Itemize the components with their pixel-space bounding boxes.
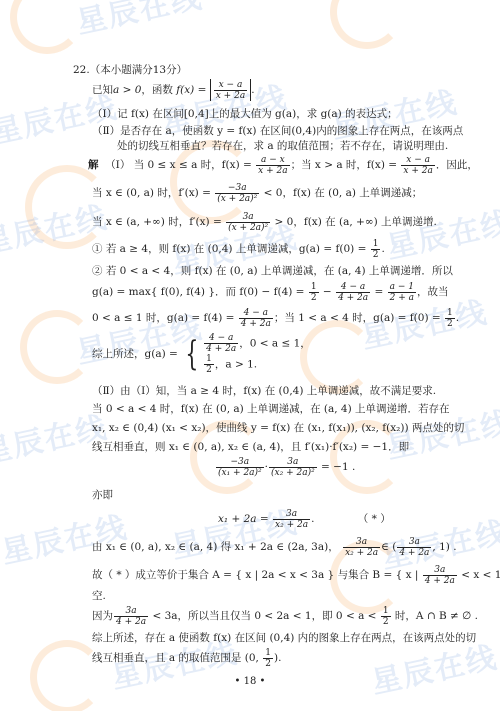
fraction: 12: [445, 308, 455, 329]
text: 因为: [92, 610, 113, 622]
solution2-line: 综上所述，存在 a 使函数 f(x) 在区间 (0,4) 内的图象上存在两点，在…: [92, 631, 476, 645]
numerator: 1: [445, 308, 455, 319]
problem-number: 22.: [73, 64, 90, 76]
fraction: x − ax + 2a: [401, 155, 434, 176]
numerator: x − a: [401, 155, 434, 166]
equation-1: −3a(x₁ + 2a)²·3a(x₂ + 2a)² = −1 .: [215, 454, 355, 480]
denominator: 2: [445, 319, 455, 329]
fraction: 12: [309, 282, 319, 303]
problem-part-2: （Ⅱ）是否存在 a，使函数 y = f(x) 在区间(0,4)内的图象上存在两点…: [92, 124, 463, 138]
denominator: 2 + a: [388, 293, 416, 303]
solution-case-2: ② 若 0 < a < 4，则 f(x) 在 (0, a) 上单调递减，在 (a…: [92, 264, 453, 278]
fraction: −3a(x + 2a)²: [215, 183, 259, 204]
fraction: 3a4 + 2a: [114, 606, 148, 627]
text: ，故当: [417, 286, 449, 298]
solution2-line: 当 0 < a < 4 时，f(x) 在 (0, a) 上单调递减，在 (a, …: [92, 402, 450, 416]
denominator: 4 + 2a: [423, 576, 457, 586]
solution2-line: x₁, x₂ ∈ (0,4) (x₁ < x₂)，使曲线 y = f(x) 在 …: [92, 421, 464, 435]
fraction: 3a4 + 2a: [397, 537, 431, 558]
solution2-line: 因为3a4 + 2a < 3a，所以当且仅当 0 < 2a < 1，即 0 < …: [92, 603, 478, 629]
denominator: x + 2a: [214, 91, 247, 101]
problem-part-1: （Ⅰ）记 f(x) 在区间[0,4]上的最大值为 g(a)，求 g(a) 的表达…: [92, 107, 398, 121]
part-label: （Ⅰ）: [92, 108, 117, 120]
fraction: −3a(x₁ + 2a)²: [216, 457, 264, 478]
denominator: 2: [309, 293, 319, 303]
denominator: 4 + 2a: [204, 344, 238, 354]
numerator: 4 − a: [239, 308, 273, 319]
text: .: [251, 84, 254, 96]
part-text: 处的切线互相垂直？若存在，求 a 的取值范围；若不存在，请说明理由.: [117, 140, 448, 152]
text: 时，A ∩ B ≠ ∅ .: [395, 610, 478, 622]
numerator: 1: [204, 354, 214, 365]
solution2-line: 线互相垂直，且 a 的取值范围是 (0, 12).: [92, 646, 281, 670]
text: x₁, x₂ ∈ (0,4) (x₁ < x₂)，使曲线 y = f(x) 在 …: [92, 422, 464, 434]
numerator: 4 − a: [204, 333, 238, 344]
solution-summary: 综上所述，g(a) = { 4 − a4 + 2a，0 < a ≤ 1， 12，…: [92, 330, 311, 378]
numerator: a − x: [256, 155, 289, 166]
fraction: 3a(x + 2a)²: [226, 212, 270, 233]
text: （Ⅱ）由（Ⅰ）知，当 a ≥ 4 时，f(x) 在 (0,4) 上单调递减，故不…: [92, 385, 436, 397]
text: 空.: [92, 590, 106, 602]
math: a > 0: [113, 84, 141, 96]
solution2-line: 故（ * ）成立等价于集合 A = { x | 2a < x < 3a } 与集…: [92, 562, 500, 588]
text: .: [456, 312, 459, 324]
fraction: 4 − a4 + 2a: [204, 333, 238, 354]
denominator: x + 2a: [401, 166, 434, 176]
numerator: a − 1: [388, 282, 416, 293]
text: .: [311, 513, 314, 525]
part-label: （Ⅰ）: [105, 159, 130, 171]
text: g(a) = max{ f(0), f(4) }．而 f(0) − f(4) =: [92, 286, 304, 298]
text: 当 x ∈ (0, a) 时，f′(x) =: [92, 187, 211, 199]
condition: ，a > 1.: [215, 359, 257, 371]
denominator: 2: [263, 659, 273, 669]
text: 综上所述，g(a) =: [92, 348, 178, 360]
part-text: 是否存在 a，使函数 y = f(x) 在区间(0,4)内的图象上存在两点，在该…: [120, 125, 463, 137]
text: 线互相垂直，则 x₁ ∈ (0, a), x₂ ∈ (a, 4)，且 f′(x₁…: [92, 441, 409, 453]
fraction: 4 − a4 + 2a: [239, 308, 273, 329]
denominator: x + 2a: [256, 166, 289, 176]
case-row: 4 − a4 + 2a，0 < a ≤ 1，: [203, 333, 311, 354]
numerator: −3a: [215, 183, 259, 194]
numerator: 4 − a: [336, 282, 370, 293]
fraction: 3a4 + 2a: [423, 565, 457, 586]
text: ；当 1 < a < 4 时，g(a) = f(0) =: [274, 312, 441, 324]
problem-part-2-cont: 处的切线互相垂直？若存在，求 a 的取值范围；若不存在，请说明理由.: [117, 139, 448, 153]
solution2-line: 亦即: [92, 488, 113, 502]
math: f(x) =: [176, 84, 206, 96]
numerator: 1: [371, 239, 381, 250]
brace-icon: {: [185, 337, 198, 371]
denominator: 2: [381, 617, 391, 627]
numerator: 3a: [269, 457, 317, 468]
denominator: 2: [204, 365, 214, 375]
numerator: 3a: [114, 606, 148, 617]
text: 当 0 < a < 4 时，f(x) 在 (0, a) 上单调递减，在 (a, …: [92, 403, 450, 415]
numerator: −3a: [216, 457, 264, 468]
text: < x < 1 } 的交集非: [461, 569, 500, 581]
numerator: 1: [263, 648, 273, 659]
denominator: 4 + 2a: [239, 319, 273, 329]
fraction: 12: [204, 354, 214, 375]
solution-line: 解 （Ⅰ） 当 0 ≤ x ≤ a 时，f(x) = a − xx + 2a；当…: [88, 153, 478, 177]
numerator: x − a: [214, 80, 247, 91]
equation-2: x₁ + 2a = 3ax₂ + 2a. （ * ）: [218, 506, 391, 532]
fraction: 3a(x₂ + 2a)²: [269, 457, 317, 478]
fraction: 12: [263, 648, 273, 669]
denominator: (x₂ + 2a)²: [269, 468, 317, 478]
absolute-value: x − ax + 2a: [210, 79, 251, 101]
denominator: (x₁ + 2a)²: [216, 468, 264, 478]
equation-tag: （ * ）: [358, 513, 391, 525]
fraction: 3ax₂ + 2a: [273, 509, 310, 530]
denominator: x₂ + 2a: [273, 520, 310, 530]
text: 故（ * ）成立等价于集合 A = { x | 2a < x < 3a } 与集…: [92, 569, 418, 581]
text: ① 若 a ≥ 4，则 f(x) 在 (0,4) 上单调递减，g(a) = f(…: [92, 243, 366, 255]
text: ．因此，: [436, 159, 478, 171]
text: .: [381, 243, 384, 255]
text: = −1 .: [321, 461, 355, 473]
numerator: 3a: [423, 565, 457, 576]
solution2-line: 空.: [92, 589, 106, 603]
solution-line: 当 x ∈ (a, +∞) 时，f′(x) = 3a(x + 2a)² > 0，…: [92, 210, 437, 234]
part-text: 记 f(x) 在区间[0,4]上的最大值为 g(a)，求 g(a) 的表达式；: [117, 108, 397, 120]
text: > 0，f(x) 在 (a, +∞) 上单调递增.: [275, 216, 437, 228]
text: 0 < a ≤ 1 时，g(a) = f(4) =: [92, 312, 234, 324]
numerator: 3a: [273, 509, 310, 520]
text: < 0，f(x) 在 (0, a) 上单调递减；: [264, 187, 423, 199]
problem-header: 22.（本小题满分13分）: [73, 63, 187, 77]
denominator: 4 + 2a: [336, 293, 370, 303]
numerator: 3a: [343, 537, 380, 548]
fraction: 3ax₂ + 2a: [343, 537, 380, 558]
fraction: a − xx + 2a: [256, 155, 289, 176]
document-page: 22.（本小题满分13分） 已知a > 0，函数 f(x) = x − ax +…: [0, 0, 500, 711]
part-label: （Ⅱ）: [92, 125, 120, 137]
numerator: 3a: [226, 212, 270, 223]
text: 亦即: [92, 489, 113, 501]
text: ② 若 0 < a < 4，则 f(x) 在 (0, a) 上单调递减，在 (a…: [92, 265, 453, 277]
fraction: 4 − a4 + 2a: [336, 282, 370, 303]
text: ∈ (: [381, 541, 396, 553]
solution-line: 0 < a ≤ 1 时，g(a) = f(4) = 4 − a4 + 2a；当 …: [92, 306, 459, 330]
text: −: [323, 286, 332, 298]
solution-case-1: ① 若 a ≥ 4，则 f(x) 在 (0,4) 上单调递减，g(a) = f(…: [92, 238, 385, 260]
numerator: 3a: [397, 537, 431, 548]
fraction: 12: [381, 606, 391, 627]
text: 由 x₁ ∈ (0, a), x₂ ∈ (a, 4) 得 x₁ + 2a ∈ (…: [92, 541, 339, 553]
text: ·: [265, 461, 268, 473]
denominator: 4 + 2a: [114, 617, 148, 627]
numerator: 1: [309, 282, 319, 293]
text: 线互相垂直，且 a 的取值范围是 (0,: [92, 652, 259, 664]
text: < 3a，所以当且仅当 0 < 2a < 1，即 0 < a <: [152, 610, 376, 622]
solution2-line: （Ⅱ）由（Ⅰ）知，当 a ≥ 4 时，f(x) 在 (0,4) 上单调递减，故不…: [92, 384, 436, 398]
fraction: 12: [371, 239, 381, 260]
text: ，函数: [141, 84, 173, 96]
text: =: [375, 286, 384, 298]
solution-label: 解: [88, 159, 99, 171]
text: 当 x ∈ (a, +∞) 时，f′(x) =: [92, 216, 222, 228]
text: 综上所述，存在 a 使函数 f(x) 在区间 (0,4) 内的图象上存在两点，在…: [92, 632, 476, 644]
math: x₁ + 2a =: [218, 513, 269, 525]
text: ).: [274, 652, 281, 664]
fraction: x − ax + 2a: [214, 80, 247, 101]
condition: ，0 < a ≤ 1，: [239, 338, 311, 350]
text: ；当 x > a 时，f(x) =: [291, 159, 397, 171]
problem-given: 已知a > 0，函数 f(x) = x − ax + 2a.: [92, 79, 255, 101]
page-number: • 18 •: [0, 676, 500, 687]
denominator: 2: [371, 250, 381, 260]
piecewise-cases: 4 − a4 + 2a，0 < a ≤ 1， 12，a > 1.: [203, 333, 311, 375]
denominator: (x + 2a)²: [215, 194, 259, 204]
points-note: （本小题满分13分）: [90, 64, 187, 76]
solution-line: g(a) = max{ f(0), f(4) }．而 f(0) − f(4) =…: [92, 280, 449, 304]
denominator: x₂ + 2a: [343, 548, 380, 558]
denominator: (x + 2a)²: [226, 223, 270, 233]
solution2-line: 由 x₁ ∈ (0, a), x₂ ∈ (a, 4) 得 x₁ + 2a ∈ (…: [92, 534, 457, 560]
numerator: 1: [381, 606, 391, 617]
fraction: a − 12 + a: [388, 282, 416, 303]
case-row: 12，a > 1.: [203, 354, 311, 375]
denominator: 4 + 2a: [397, 548, 431, 558]
text: , 1) .: [432, 541, 456, 553]
solution2-line: 线互相垂直，则 x₁ ∈ (0, a), x₂ ∈ (a, 4)，且 f′(x₁…: [92, 440, 409, 454]
text: 已知: [92, 84, 113, 96]
text: 当 0 ≤ x ≤ a 时，f(x) =: [134, 159, 252, 171]
solution-line: 当 x ∈ (0, a) 时，f′(x) = −3a(x + 2a)² < 0，…: [92, 181, 422, 205]
